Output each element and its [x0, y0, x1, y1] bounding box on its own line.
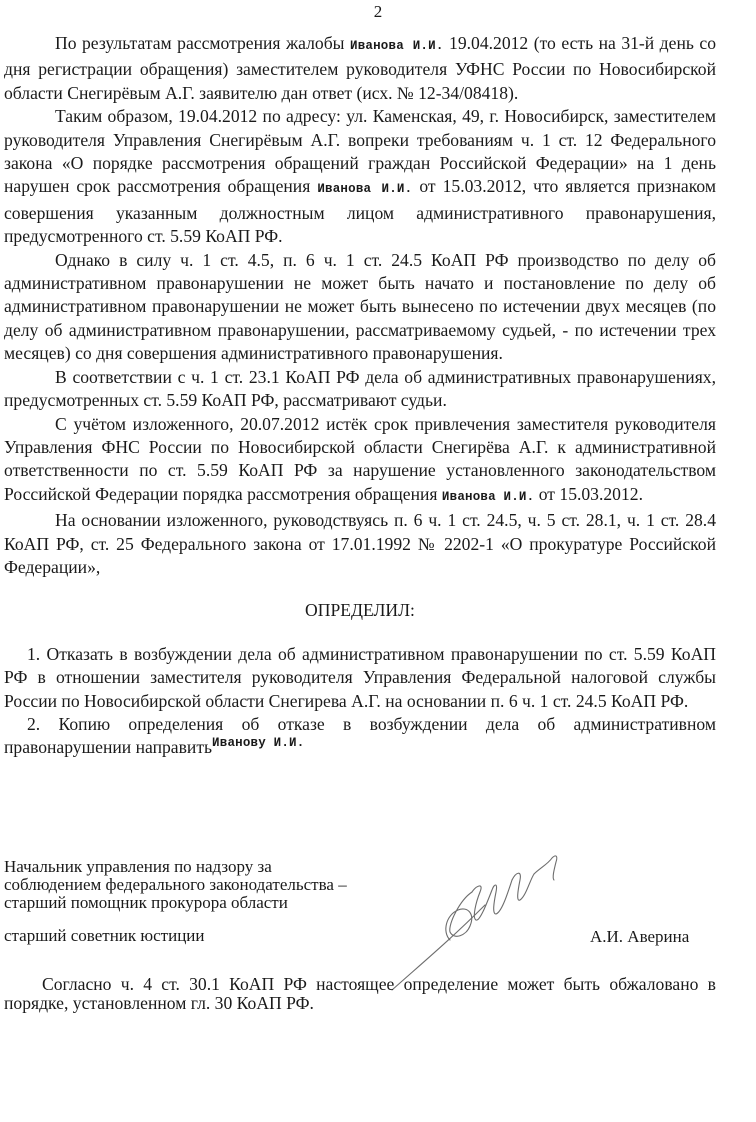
paragraph-limitation: Однако в силу ч. 1 ст. 4.5, п. 6 ч. 1 ст… — [4, 249, 716, 366]
signatory-rank: старший советник юстиции — [4, 927, 347, 945]
signatory-title-line-2: соблюдением федерального законодательств… — [4, 876, 347, 894]
text-segment: 2. Копию определения об отказе в возбужд… — [4, 714, 716, 757]
paragraph-jurisdiction: В соответствии с ч. 1 ст. 23.1 КоАП РФ д… — [4, 366, 716, 413]
resolution-item-1: 1. Отказать в возбуждении дела об админи… — [4, 643, 716, 713]
signatory-name: А.И. Аверина — [590, 927, 689, 947]
document-body: По результатам рассмотрения жалобы Ивано… — [4, 32, 716, 763]
paragraph-expiry: С учётом изложенного, 20.07.2012 истёк с… — [4, 413, 716, 510]
resolution-list: 1. Отказать в возбуждении дела об админи… — [4, 643, 716, 763]
complainant-name: Иванова И.И. — [350, 39, 444, 53]
signatory-title-block: Начальник управления по надзору за соблю… — [4, 858, 347, 945]
signatory-title-line-1: Начальник управления по надзору за — [4, 858, 347, 876]
text-segment: По результатам рассмотрения жалобы — [55, 33, 350, 53]
paragraph-legal-basis: На основании изложенного, руководствуясь… — [4, 509, 716, 579]
paragraph-violation: Таким образом, 19.04.2012 по адресу: ул.… — [4, 105, 716, 248]
paragraph-complaint-result: По результатам рассмотрения жалобы Ивано… — [4, 32, 716, 105]
complainant-name: Иванова И.И. — [442, 490, 534, 504]
appeal-notice: Согласно ч. 4 ст. 30.1 КоАП РФ настоящее… — [4, 975, 716, 1013]
appeal-notice-text: Согласно ч. 4 ст. 30.1 КоАП РФ настоящее… — [4, 975, 716, 1013]
resolution-heading: ОПРЕДЕЛИЛ: — [4, 599, 716, 622]
signatory-title-line-3: старший помощник прокурора области — [4, 894, 347, 912]
complainant-name: Иванова И.И. — [317, 182, 412, 196]
recipient-name: Иванову И.И. — [212, 736, 304, 750]
page-number: 2 — [0, 0, 756, 24]
resolution-item-2: 2. Копию определения об отказе в возбужд… — [4, 713, 716, 763]
text-segment: от 15.03.2012. — [534, 484, 643, 504]
